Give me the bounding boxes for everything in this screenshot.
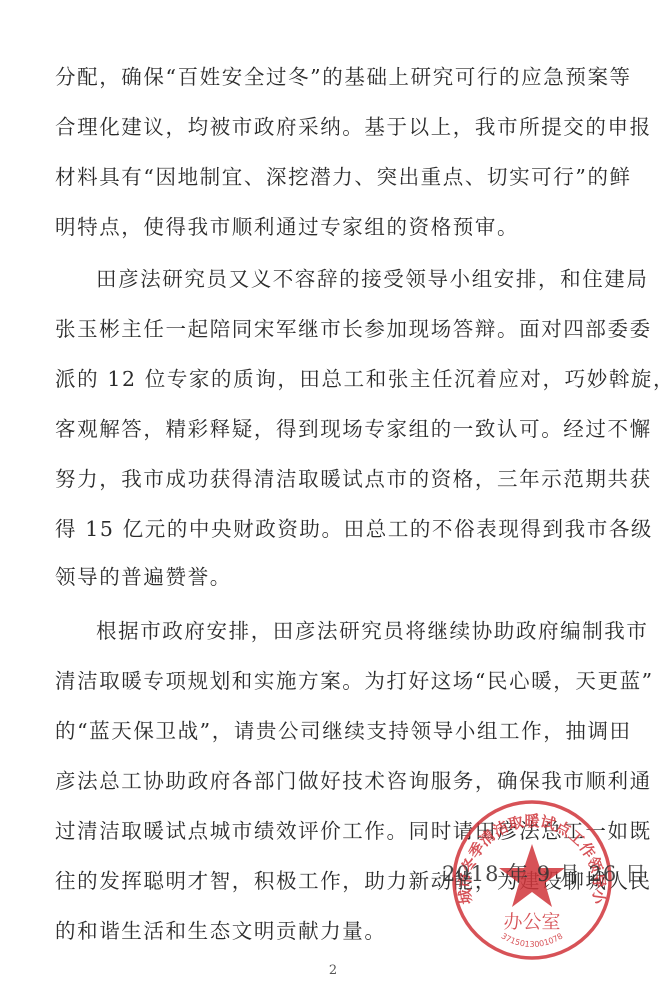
- page-number: 2: [0, 963, 666, 978]
- body-line: 明特点，使得我市顺利通过专家组的资格预审。: [55, 210, 519, 240]
- body-line: 彦法总工协助政府各部门做好技术咨询服务，确保我市顺利通: [55, 764, 652, 794]
- body-line: 的“蓝天保卫战”，请贵公司继续支持领导小组工作，抽调田: [55, 714, 632, 744]
- body-line: 田彦法研究员又义不容辞的接受领导小组安排，和住建局: [96, 262, 649, 292]
- body-line: 分配，确保“百姓安全过冬”的基础上研究可行的应急预案等: [55, 60, 632, 90]
- body-line: 张玉彬主任一起陪同宋军继市长参加现场答辩。面对四部委委: [55, 312, 652, 342]
- body-line: 材料具有“因地制宜、深挖潜力、突出重点、切实可行”的鲜: [55, 160, 632, 190]
- document-page: 分配，确保“百姓安全过冬”的基础上研究可行的应急预案等 合理化建议，均被市政府采…: [0, 0, 666, 1000]
- body-line: 合理化建议，均被市政府采纳。基于以上，我市所提交的申报: [55, 110, 652, 140]
- svg-text:3715013001078: 3715013001078: [500, 931, 565, 949]
- signature-date: 2018 年 9 月 26 日: [442, 858, 647, 888]
- body-line: 努力，我市成功获得清洁取暖试点市的资格，三年示范期共获: [55, 462, 652, 492]
- body-line: 领导的普遍赞誉。: [55, 560, 232, 590]
- body-line: 清洁取暖专项规划和实施方案。为打好这场“民心暖，天更蓝”: [55, 664, 654, 694]
- body-line: 派的 12 位专家的质询，田总工和张主任沉着应对，巧妙斡旋，: [55, 362, 666, 392]
- svg-text:办公室: 办公室: [503, 911, 560, 933]
- body-line: 的和谐生活和生态文明贡献力量。: [55, 914, 387, 944]
- body-line: 客观解答，精彩释疑，得到现场专家组的一致认可。经过不懈: [55, 412, 652, 442]
- body-line: 根据市政府安排，田彦法研究员将继续协助政府编制我市: [96, 614, 649, 644]
- body-line: 得 15 亿元的中央财政资助。田总工的不俗表现得到我市各级: [55, 512, 653, 542]
